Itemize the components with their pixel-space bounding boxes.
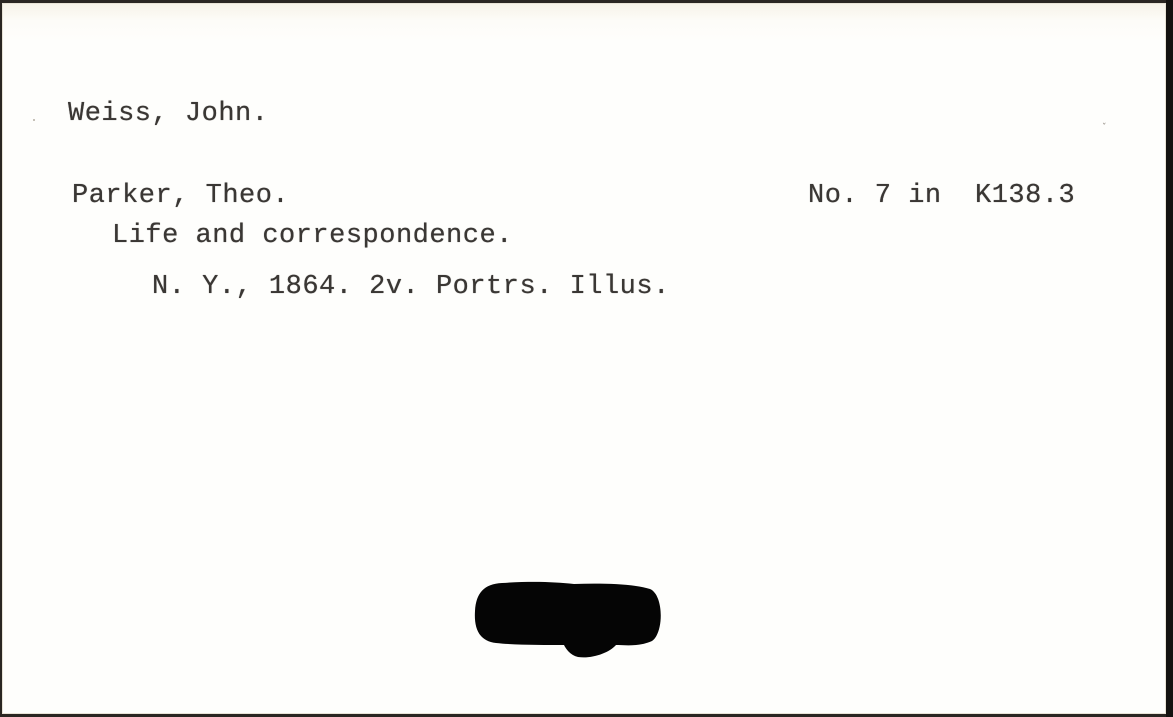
card-edge-shadow [1166, 0, 1173, 717]
author-name: Parker, Theo. [72, 181, 289, 211]
call-number: No. 7 in K138.3 [808, 181, 1075, 211]
catalog-card: Weiss, John. ˇ Parker, Theo. No. 7 in K1… [2, 3, 1166, 714]
book-title: Life and correspondence. [112, 221, 513, 251]
imprint-line: N. Y., 1864. 2v. Portrs. Illus. [152, 272, 670, 302]
punch-hole [474, 581, 664, 645]
check-mark: ˇ [1102, 123, 1107, 133]
stray-mark [33, 119, 35, 121]
card-heading: Weiss, John. [68, 99, 268, 129]
